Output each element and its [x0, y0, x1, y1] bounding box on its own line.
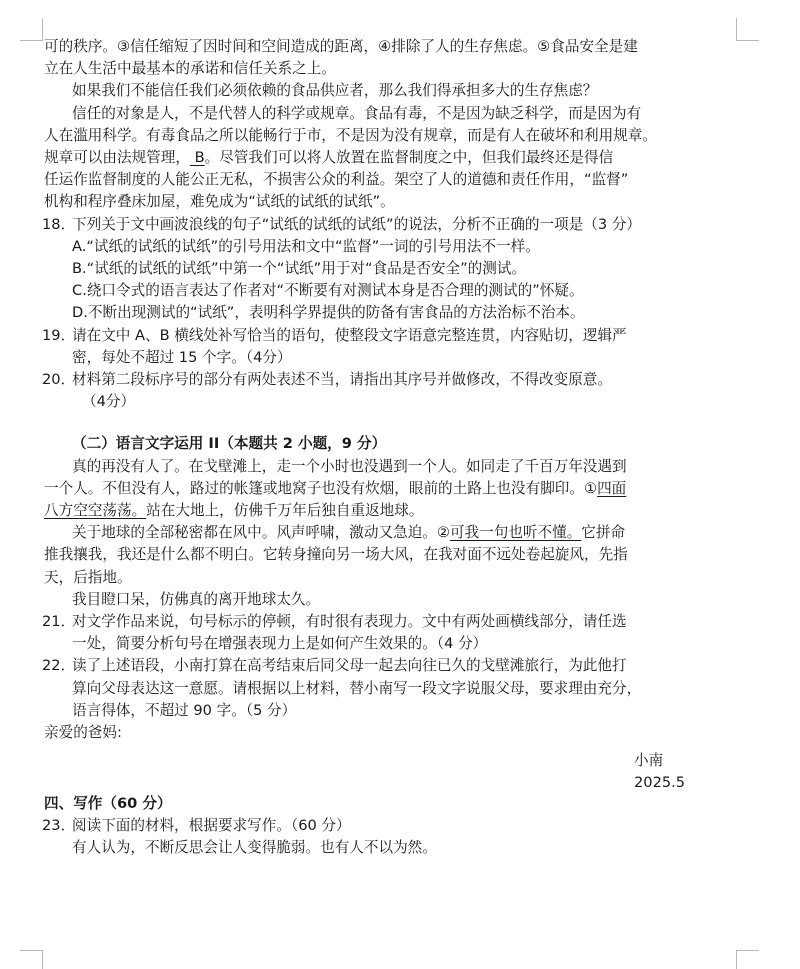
question-stem: 读了上述语段，小南打算在高考结束后同父母一起去向往已久的戈壁滩旅行，为此他打: [72, 655, 694, 677]
page-corner-mark-bottom-left: [20, 950, 43, 969]
underlined-sentence-1: 四面: [597, 480, 626, 497]
text-line: 机构和程序叠床加屋，难免成为“试纸的试纸的试纸”。: [44, 191, 694, 213]
question-20: 20． 材料第二段标序号的部分有两处表述不当，请指出其序号并做修改，不得改变原意…: [44, 369, 694, 413]
question-stem: 对文学作品来说，句号标示的停顿，有时很有表现力。文中有两处画横线部分，请任选: [72, 611, 694, 633]
blank-b: B: [190, 149, 205, 166]
question-stem: 材料第二段标序号的部分有两处表述不当，请指出其序号并做修改，不得改变原意。: [72, 369, 694, 391]
spacer: [44, 413, 694, 435]
text-line: 人在滥用科学。有毒食品之所以能畅行于市，不是因为没有规章，而是有人在破坏和利用规…: [44, 125, 694, 147]
letter-signature-date: 2025.5: [634, 772, 685, 794]
question-21: 21． 对文学作品来说，句号标示的停顿，有时很有表现力。文中有两处画横线部分，请…: [44, 611, 694, 655]
question-stem: 一处，简要分析句号在增强表现力上是如何产生效果的。（4 分）: [72, 633, 694, 655]
text-span: 站在大地上，仿佛千万年后独自重返地球。: [146, 502, 423, 519]
question-stem: 语言得体，不超过 90 字。（5 分）: [72, 700, 694, 722]
text-span: 关于地球的全部秘密都在风中。风声呼啸，激动又急迫。②: [72, 524, 450, 541]
document-page-writing: 四、写作（60 分） 23． 阅读下面的材料，根据要求写作。（60 分） 有人认…: [44, 793, 694, 860]
text-line: 我目瞪口呆，仿佛真的离开地球太久。: [44, 589, 694, 611]
text-line: 任运作监督制度的人能公正无私，不损害公众的利益。架空了人的道德和责任作用，“监督…: [44, 169, 694, 191]
page-corner-mark-top-left: [20, 18, 43, 41]
letter-salutation: 亲爱的爸妈:: [44, 722, 694, 744]
text-line: 规章可以由法规管理， B。尽管我们可以将人放置在监督制度之中，但我们最终还是得信: [44, 147, 694, 169]
text-span: 规章可以由法规管理，: [44, 149, 190, 166]
option-a: A.“试纸的试纸的试纸”的引号用法和文中“监督”一词的引号用法不一样。: [44, 236, 694, 258]
text-span: 。尽管我们可以将人放置在监督制度之中，但我们最终还是得信: [205, 149, 614, 166]
question-stem: 算向父母表达这一意愿。请根据以上材料，替小南写一段文字说服父母，要求理由充分，: [72, 678, 694, 700]
text-line: 八方空空荡荡。站在大地上，仿佛千万年后独自重返地球。: [44, 500, 694, 522]
question-23: 23． 阅读下面的材料，根据要求写作。（60 分） 有人认为，不断反思会让人变得…: [44, 815, 694, 859]
text-line: 如果我们不能信任我们必须依赖的食品供应者，那么我们得承担多大的生存焦虑？: [44, 80, 694, 102]
text-line: 关于地球的全部秘密都在风中。风声呼啸，激动又急迫。②可我一句也听不懂。它拼命: [44, 522, 694, 544]
text-span: 一个人。不但没有人，路过的帐篷或地窝子也没有炊烟，眼前的土路上也没有脚印。①: [44, 480, 597, 497]
question-stem: 密，每处不超过 15 个字。（4分）: [72, 347, 694, 369]
text-line: 信任的对象是人，不是代替人的科学或规章。食品有毒，不是因为缺乏科学，而是因为有: [44, 103, 694, 125]
letter-signature-name: 小南: [634, 750, 663, 772]
text-line: 真的再没有人了。在戈壁滩上，走一个小时也没遇到一个人。如同走了千百万年没遇到: [44, 456, 694, 478]
question-19: 19． 请在文中 A、B 横线处补写恰当的语句，使整段文字语意完整连贯，内容贴切…: [44, 325, 694, 369]
section-title: 四、写作（60 分）: [44, 793, 694, 815]
question-stem: 阅读下面的材料，根据要求写作。（60 分）: [72, 815, 694, 837]
question-number: 19．: [42, 325, 75, 347]
question-number: 23．: [42, 815, 75, 837]
text-span: 它拼命: [581, 524, 625, 541]
option-b: B.“试纸的试纸的试纸”中第一个“试纸”用于对“食品是否安全”的测试。: [44, 258, 694, 280]
underlined-sentence-2: 可我一句也听不懂。: [450, 524, 581, 541]
passage-gobi: 真的再没有人了。在戈壁滩上，走一个小时也没遇到一个人。如同走了千百万年没遇到 一…: [44, 456, 694, 611]
underlined-sentence-1: 八方空空荡荡。: [44, 502, 146, 519]
section-title: （二）语言文字运用 II（本题共 2 小题，9 分）: [44, 433, 694, 455]
page-corner-mark-bottom-right: [736, 950, 759, 969]
document-page: 可的秩序。③信任缩短了因时间和空间造成的距离，④排除了人的生存焦虑。⑤食品安全是…: [44, 36, 694, 744]
question-number: 22．: [42, 655, 75, 677]
text-line: 立在人生活中最基本的承诺和信任关系之上。: [44, 58, 694, 80]
question-stem: 下列关于文中画波浪线的句子“试纸的试纸的试纸”的说法，分析不正确的一项是（3 分…: [72, 214, 694, 236]
question-number: 21．: [42, 611, 75, 633]
option-d: D.不断出现测试的“试纸”，表明科学界提供的防备有害食品的方法治标不治本。: [44, 302, 694, 324]
text-line: 天，后指地。: [44, 567, 694, 589]
text-line: 一个人。不但没有人，路过的帐篷或地窝子也没有炊烟，眼前的土路上也没有脚印。①四面: [44, 478, 694, 500]
text-line: 推我攘我，我还是什么都不明白。它转身撞向另一场大风，在我对面不远处卷起旋风，先指: [44, 544, 694, 566]
page-corner-mark-top-right: [736, 18, 759, 41]
question-score: （4分）: [72, 391, 694, 413]
question-number: 20．: [42, 369, 75, 391]
question-22: 22． 读了上述语段，小南打算在高考结束后同父母一起去向往已久的戈壁滩旅行，为此…: [44, 655, 694, 722]
question-stem: 请在文中 A、B 横线处补写恰当的语句，使整段文字语意完整连贯，内容贴切，逻辑严: [72, 325, 694, 347]
writing-material: 有人认为，不断反思会让人变得脆弱。也有人不以为然。: [72, 837, 694, 859]
passage-continuation: 可的秩序。③信任缩短了因时间和空间造成的距离，④排除了人的生存焦虑。⑤食品安全是…: [44, 36, 694, 214]
text-line: 可的秩序。③信任缩短了因时间和空间造成的距离，④排除了人的生存焦虑。⑤食品安全是…: [44, 36, 694, 58]
question-number: 18．: [42, 214, 75, 236]
option-c: C.绕口令式的语言表达了作者对“不断要有对测试本身是否合理的测试的”怀疑。: [44, 280, 694, 302]
question-18: 18． 下列关于文中画波浪线的句子“试纸的试纸的试纸”的说法，分析不正确的一项是…: [44, 214, 694, 236]
